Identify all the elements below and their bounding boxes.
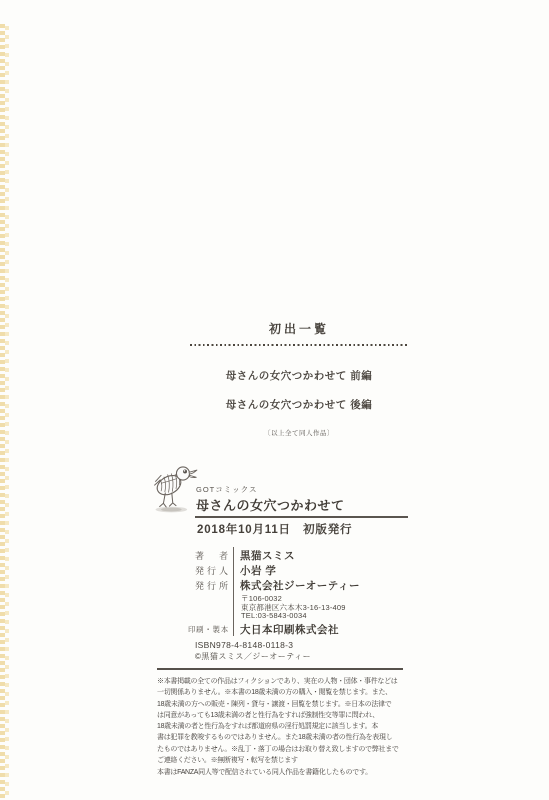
disclaimer-line: 書は犯罪を教唆するものではありません。また18歳未満の者の性行為を表現し — [157, 732, 409, 743]
dotted-divider — [190, 344, 408, 346]
disclaimer-line: は同意があっても13歳未満の者と性行為をすれば強制性交等罪に問われ、 — [157, 710, 409, 721]
title-underline — [195, 516, 408, 518]
credit-value-publisher: 株式会社ジーオーティー — [240, 578, 360, 593]
credit-label-printer: 印刷・製本 — [188, 624, 228, 635]
disclaimer-block: ※本書掲載の全ての作品はフィクションであり、実在の人物・団体・事件などは 一切関… — [157, 676, 409, 779]
disclaimer-line: 18歳未満の者と性行為をすれば都道府県の淫行処罰規定に該当します。本 — [157, 721, 409, 732]
credit-label-author: 著者 — [195, 549, 228, 562]
credit-value-publisher-person: 小岩 学 — [240, 563, 276, 578]
first-publication-note: 〔以上全て同人作品〕 — [190, 428, 408, 437]
disclaimer-top-rule — [157, 668, 403, 670]
disclaimer-source-note: 本書はFANZA同人等で配信されている同人作品を書籍化したものです。 — [157, 767, 409, 778]
scan-gutter-edge — [0, 24, 10, 800]
disclaimer-line: たものではありません。※乱丁・落丁の場合はお取り替え致しますので弊社まで — [157, 744, 409, 755]
book-title: 母さんの女穴つかわせて — [196, 495, 345, 514]
first-publication-heading: 初出一覧 — [190, 320, 408, 337]
disclaimer-line: ※本書掲載の全ての作品はフィクションであり、実在の人物・団体・事件などは — [157, 676, 409, 687]
credit-value-author: 黒猫スミス — [240, 548, 295, 563]
edition-date: 2018年10月11日 初版発行 — [197, 521, 352, 537]
list-item: 母さんの女穴つかわせて 後編 — [190, 397, 408, 412]
colophon-page: 初出一覧 母さんの女穴つかわせて 前編 母さんの女穴つかわせて 後編 〔以上全て… — [0, 0, 549, 800]
isbn-number: ISBN978-4-8148-0118-3 — [195, 640, 293, 650]
first-publication-section: 初出一覧 母さんの女穴つかわせて 前編 母さんの女穴つかわせて 後編 〔以上全て… — [190, 320, 408, 437]
disclaimer-line: 一切関係ありません。※本書の18歳未満の方の購入・閲覧を禁じます。また、 — [157, 687, 409, 698]
credits-divider-line — [233, 547, 234, 636]
disclaimer-line: ご連絡ください。※無断複写・転写を禁じます — [157, 755, 409, 766]
list-item: 母さんの女穴つかわせて 前編 — [190, 368, 408, 383]
disclaimer-line: 18歳未満の方への販売・陳列・貸与・譲渡・回覧を禁じます。※日本の法律で — [157, 699, 409, 710]
copyright-line: ©黒猫スミス／ジーオーティー — [195, 651, 311, 662]
credit-label-publisher: 発行所 — [195, 579, 228, 592]
credit-value-printer: 大日本印刷株式会社 — [240, 622, 339, 637]
publisher-phone: TEL:03-5843-0034 — [241, 611, 307, 620]
got-mascot-bird-icon — [149, 460, 203, 514]
imprint-label: GOTコミックス — [196, 484, 258, 495]
credit-label-publisher-person: 発行人 — [195, 564, 228, 577]
